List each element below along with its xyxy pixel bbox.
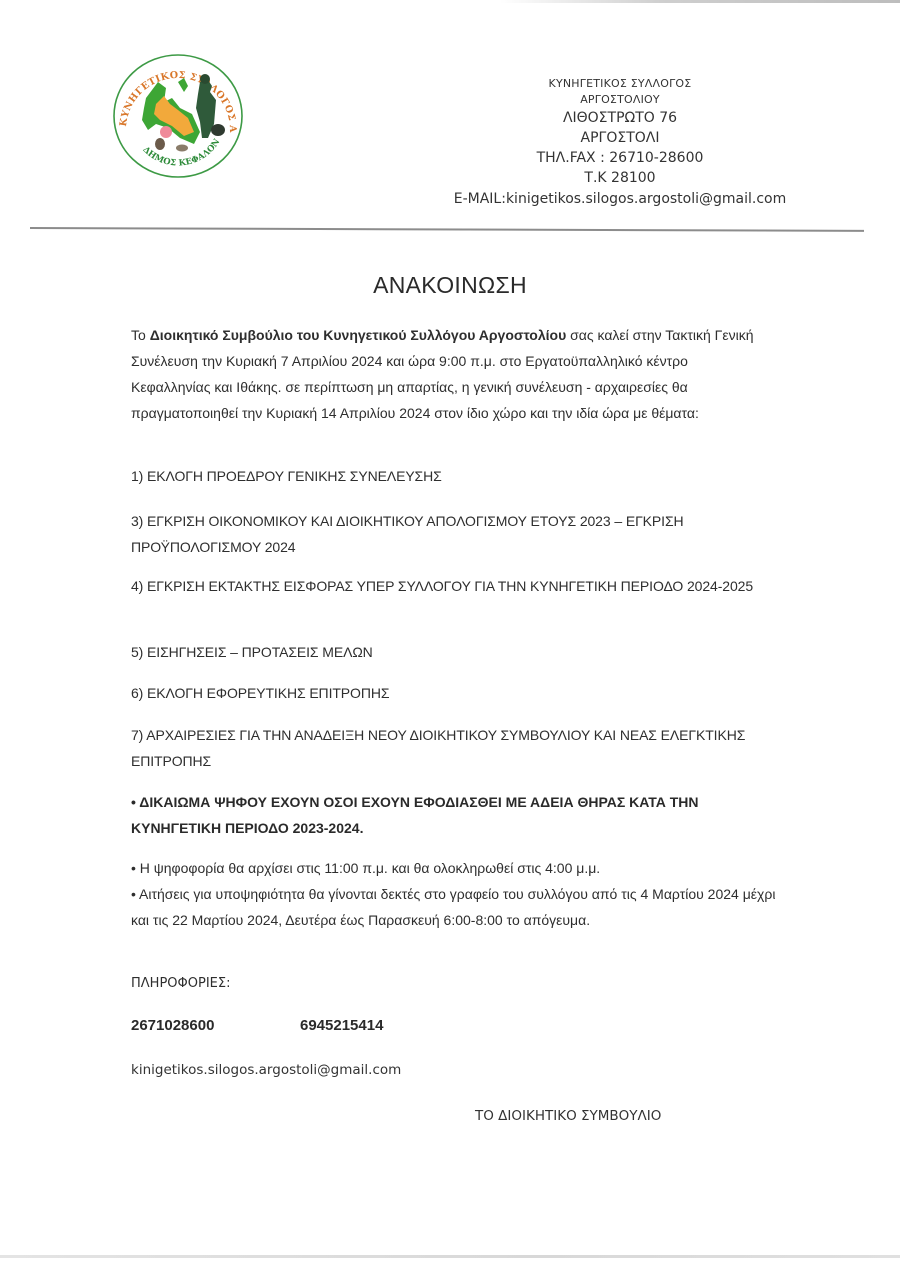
notes-list: • Η ψηφοφορία θα αρχίσει στις 11:00 π.μ.… xyxy=(131,855,791,933)
info-label: ΠΛΗΡΟΦΟΡΙΕΣ: xyxy=(131,976,230,991)
org-city: ΑΡΓΟΣΤΟΛΙ xyxy=(440,128,800,148)
hunting-association-emblem-icon: ΚΥΝΗΓΕΤΙΚΟΣ ΣΥΛΛΟΓΟΣ ΑΡΓΟΣΤΟΛΙΟΥ ΔΗΜΟΣ Κ… xyxy=(108,52,246,180)
org-phone-fax: ΤΗΛ.FAX : 26710-28600 xyxy=(440,148,800,168)
document-title: ΑΝΑΚΟΙΝΩΣΗ xyxy=(0,272,900,299)
intro-board-name: Διοικητικό Συμβούλιο του Κυνηγετικού Συλ… xyxy=(150,327,567,343)
org-email: E-MAIL:kinigetikos.silogos.argostoli@gma… xyxy=(440,188,800,210)
org-name-line1: ΚΥΝΗΓΕΤΙΚΟΣ ΣΥΛΛΟΓΟΣ xyxy=(440,76,800,92)
signature-board: ΤΟ ΔΙΟΙΚΗΤΙΚΟ ΣΥΜΒΟΥΛΙΟ xyxy=(475,1108,661,1124)
association-logo: ΚΥΝΗΓΕΤΙΚΟΣ ΣΥΛΛΟΓΟΣ ΑΡΓΟΣΤΟΛΙΟΥ ΔΗΜΟΣ Κ… xyxy=(108,52,246,180)
org-name-line2: ΑΡΓΟΣΤΟΛΙΟΥ xyxy=(440,92,800,108)
agenda-item: 1) ΕΚΛΟΓΗ ΠΡΟΕΔΡΟΥ ΓΕΝΙΚΗΣ ΣΥΝΕΛΕΥΣΗΣ xyxy=(131,463,771,489)
scan-edge-top xyxy=(500,0,900,3)
header-divider xyxy=(30,227,864,232)
agenda-item: 4) ΕΓΚΡΙΣΗ ΕΚΤΑΚΤΗΣ ΕΙΣΦΟΡΑΣ ΥΠΕΡ ΣΥΛΛΟΓ… xyxy=(131,573,771,599)
intro-paragraph: Το Διοικητικό Συμβούλιο του Κυνηγετικού … xyxy=(131,322,771,426)
contact-phone-mobile: 6945215414 xyxy=(300,1017,383,1034)
contact-phone-landline: 2671028600 xyxy=(131,1017,214,1034)
intro-prefix: Το xyxy=(131,327,150,343)
agenda-item: 6) ΕΚΛΟΓΗ ΕΦΟΡΕΥΤΙΚΗΣ ΕΠΙΤΡΟΠΗΣ xyxy=(131,680,771,706)
organization-contact-block: ΚΥΝΗΓΕΤΙΚΟΣ ΣΥΛΛΟΓΟΣ ΑΡΓΟΣΤΟΛΙΟΥ ΛΙΘΟΣΤΡ… xyxy=(440,76,800,210)
voting-rights-notice: • ΔΙΚΑΙΩΜΑ ΨΗΦΟΥ ΕΧΟΥΝ ΟΣΟΙ ΕΧΟΥΝ ΕΦΟΔΙΑ… xyxy=(131,789,781,841)
agenda-item: 7) ΑΡΧΑΙΡΕΣΙΕΣ ΓΙΑ ΤΗΝ ΑΝΑΔΕΙΞΗ ΝΕΟΥ ΔΙΟ… xyxy=(131,722,771,774)
note-candidacy-applications: • Αιτήσεις για υποψηφιότητα θα γίνονται … xyxy=(131,881,791,933)
note-voting-hours: • Η ψηφοφορία θα αρχίσει στις 11:00 π.μ.… xyxy=(131,855,791,881)
org-address: ΛΙΘΟΣΤΡΩΤΟ 76 xyxy=(440,108,800,128)
contact-email: kinigetikos.silogos.argostoli@gmail.com xyxy=(131,1062,401,1078)
scan-edge-bottom xyxy=(0,1255,900,1258)
org-postal-code: Τ.Κ 28100 xyxy=(440,168,800,188)
agenda-item: 3) ΕΓΚΡΙΣΗ ΟΙΚΟΝΟΜΙΚΟΥ ΚΑΙ ΔΙΟΙΚΗΤΙΚΟΥ Α… xyxy=(131,508,771,560)
agenda-item: 5) ΕΙΣΗΓΗΣΕΙΣ – ΠΡΟΤΑΣΕΙΣ ΜΕΛΩΝ xyxy=(131,639,771,665)
